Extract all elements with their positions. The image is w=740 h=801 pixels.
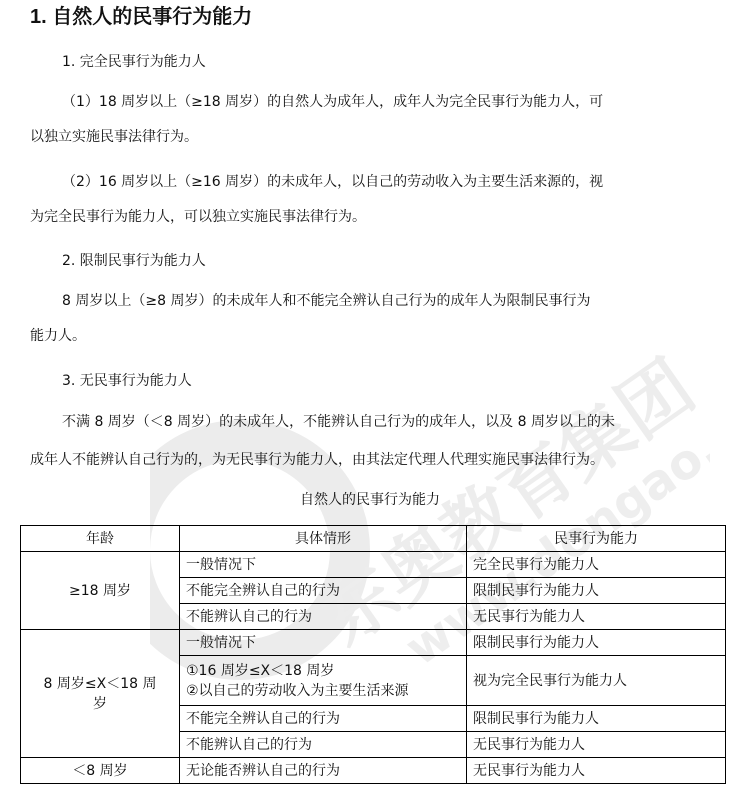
- paragraph-line: （1）18 周岁以上（≥18 周岁）的自然人为成年人，成年人为完全民事行为能力人…: [62, 92, 603, 112]
- situation-line: ①16 周岁≤X＜18 周岁: [186, 661, 460, 681]
- table-caption: 自然人的民事行为能力: [0, 490, 740, 510]
- situation-cell: 不能完全辨认自己的行为: [180, 706, 467, 732]
- capacity-cell: 限制民事行为能力人: [467, 630, 726, 656]
- capacity-cell: 限制民事行为能力人: [467, 706, 726, 732]
- capacity-cell: 无民事行为能力人: [467, 732, 726, 758]
- page-heading: 1. 自然人的民事行为能力: [30, 5, 252, 29]
- situation-cell: 一般情况下: [180, 630, 467, 656]
- paragraph-line: 不满 8 周岁（＜8 周岁）的未成年人，不能辨认自己行为的成年人，以及 8 周岁…: [62, 412, 615, 432]
- capacity-cell: 无民事行为能力人: [467, 758, 726, 784]
- paragraph-line: 8 周岁以上（≥8 周岁）的未成年人和不能完全辨认自己行为的成年人为限制民事行为: [62, 291, 590, 311]
- section-title-limited-capacity: 2. 限制民事行为能力人: [62, 251, 206, 271]
- age-cell: ＜8 周岁: [21, 758, 180, 784]
- paragraph-line: 为完全民事行为能力人，可以独立实施民事法律行为。: [30, 207, 366, 227]
- situation-cell: 不能完全辨认自己的行为: [180, 578, 467, 604]
- situation-line: ②以自己的劳动收入为主要生活来源: [186, 681, 460, 701]
- situation-cell: ①16 周岁≤X＜18 周岁 ②以自己的劳动收入为主要生活来源: [180, 656, 467, 706]
- table-row: ＜8 周岁 无论能否辨认自己的行为 无民事行为能力人: [21, 758, 726, 784]
- situation-cell: 不能辨认自己的行为: [180, 732, 467, 758]
- paragraph-line: 能力人。: [30, 326, 86, 346]
- section-title-full-capacity: 1. 完全民事行为能力人: [62, 52, 206, 72]
- age-cell: 8 周岁≤X＜18 周岁: [21, 630, 180, 758]
- capacity-cell: 限制民事行为能力人: [467, 578, 726, 604]
- capacity-cell: 无民事行为能力人: [467, 604, 726, 630]
- paragraph-line: 以独立实施民事法律行为。: [30, 127, 198, 147]
- header-age: 年龄: [21, 526, 180, 552]
- paragraph-line: 成年人不能辨认自己行为的，为无民事行为能力人，由其法定代理人代理实施民事法律行为…: [30, 450, 604, 470]
- situation-cell: 一般情况下: [180, 552, 467, 578]
- table-row: 8 周岁≤X＜18 周岁 一般情况下 限制民事行为能力人: [21, 630, 726, 656]
- age-cell: ≥18 周岁: [21, 552, 180, 630]
- table-header-row: 年龄 具体情形 民事行为能力: [21, 526, 726, 552]
- header-situation: 具体情形: [180, 526, 467, 552]
- table-row: ≥18 周岁 一般情况下 完全民事行为能力人: [21, 552, 726, 578]
- capacity-cell: 完全民事行为能力人: [467, 552, 726, 578]
- capacity-cell: 视为完全民事行为能力人: [467, 656, 726, 706]
- paragraph-line: （2）16 周岁以上（≥16 周岁）的未成年人，以自己的劳动收入为主要生活来源的…: [62, 172, 603, 192]
- situation-cell: 无论能否辨认自己的行为: [180, 758, 467, 784]
- capacity-table: 年龄 具体情形 民事行为能力 ≥18 周岁 一般情况下 完全民事行为能力人 不能…: [20, 525, 726, 784]
- header-capacity: 民事行为能力: [467, 526, 726, 552]
- section-title-no-capacity: 3. 无民事行为能力人: [62, 371, 192, 391]
- situation-cell: 不能辨认自己的行为: [180, 604, 467, 630]
